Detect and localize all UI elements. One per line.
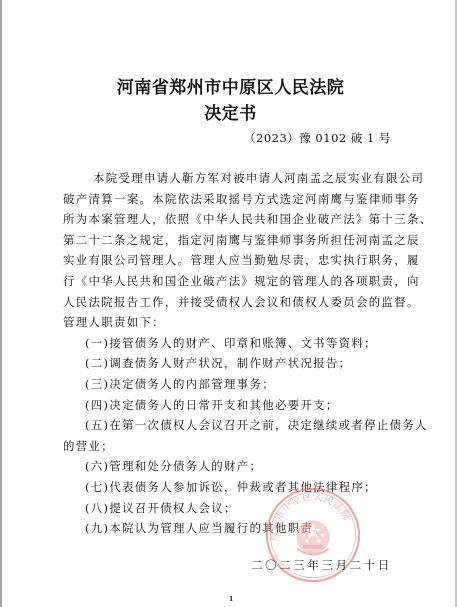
paragraph-line: 破产清算一案。本院依法采取摇号方式选定河南鹰与鉴律师事务 (63, 189, 407, 210)
case-number: （2023）豫 0102 破 1 号 (244, 130, 391, 146)
duty-item: (一)接管债务人的财产、印章和账簿、文书等资料； (63, 333, 407, 354)
document-page: 河南省郑州市中原区人民法院 决定书 （2023）豫 0102 破 1 号 本院受… (0, 0, 457, 607)
decision-date: 二〇二三年三月二十日 (251, 557, 392, 573)
paragraph-line: 人民法院报告工作，并接受债权人会议和债权人委员会的监督。 (63, 292, 407, 313)
duty-item: (三)决定债务人的内部管理事务； (63, 374, 407, 395)
document-type-title: 决定书 (2, 99, 457, 124)
court-name-title: 河南省郑州市中原区人民法院 (2, 73, 457, 98)
paragraph-line: 本院受理申请人靳方军对被申请人河南孟之辰实业有限公司 (63, 168, 407, 189)
page-number: 1 (229, 596, 233, 603)
duty-item: (二)调查债务人财产状况，制作财产状况报告； (63, 353, 407, 374)
paragraph-line: 管理人职责如下： (63, 312, 407, 333)
duty-item: (七)代表债务人参加诉讼，仲裁或者其他法律程序； (63, 477, 407, 498)
duty-item: (六)管理和处分债务人的财产； (63, 456, 407, 477)
duty-item: (四)决定债务人的日常开支和其他必要开支； (63, 395, 407, 416)
paragraph-line: 实业有限公司管理人。管理人应当勤勉尽责，忠实执行职务，履 (63, 250, 407, 271)
paragraph-line: 行《中华人民共和国企业破产法》规定的管理人的各项职责，向 (63, 271, 407, 292)
decision-body: 本院受理申请人靳方军对被申请人河南孟之辰实业有限公司 破产清算一案。本院依法采取… (63, 168, 407, 539)
duty-item-continuation: 的营业； (63, 436, 407, 457)
paragraph-line: 所为本案管理人，依照《中华人民共和国企业破产法》第十三条、 (63, 209, 407, 230)
paragraph-line: 第二十二条之规定，指定河南鹰与鉴律师事务所担任河南孟之辰 (63, 230, 407, 251)
duty-item: (八)提议召开债权人会议； (63, 498, 407, 519)
duty-item: (九)本院认为管理人应当履行的其他职责。 (63, 518, 407, 539)
duty-item: (五)在第一次债权人会议召开之前，决定继续或者停止债务人 (63, 415, 407, 436)
